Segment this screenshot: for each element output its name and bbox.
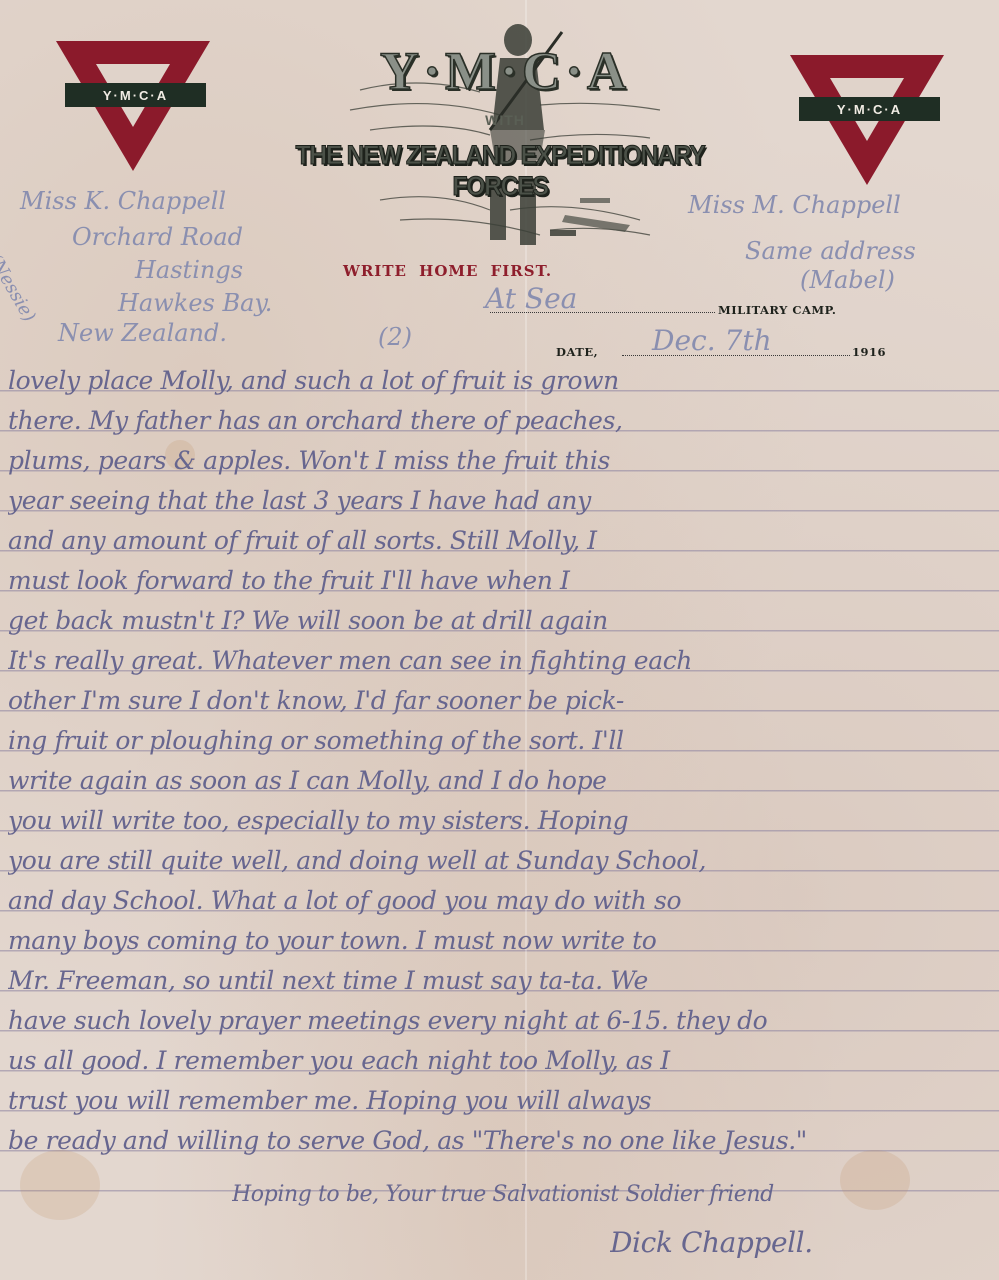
date-label: DATE, (556, 345, 598, 359)
letterhead-title: Y·M·C·A (340, 40, 670, 102)
body-line: and any amount of fruit of all sorts. St… (8, 526, 993, 555)
body-line: have such lovely prayer meetings every n… (8, 1006, 993, 1035)
recipient-name-left: Miss K. Chappell (20, 186, 226, 216)
recipient-address-right: Same address (745, 236, 916, 266)
body-line: you are still quite well, and doing well… (8, 846, 993, 875)
signature: Dick Chappell. (610, 1226, 990, 1259)
ymca-band: Y·M·C·A (65, 83, 206, 107)
body-line: year seeing that the last 3 years I have… (8, 486, 993, 515)
recipient-town-left: Hastings (135, 255, 243, 285)
letterhead-subtitle: THE NEW ZEALAND EXPEDITIONARY FORCES (261, 140, 739, 202)
body-line: trust you will remember me. Hoping you w… (8, 1086, 993, 1115)
military-camp-label: MILITARY CAMP. (718, 303, 836, 317)
location-handwritten: At Sea (485, 284, 577, 314)
body-line: other I'm sure I don't know, I'd far soo… (8, 686, 993, 715)
body-line: lovely place Molly, and such a lot of fr… (8, 366, 993, 395)
year-label: 1916 (852, 345, 886, 359)
recipient-region-left: Hawkes Bay. (118, 288, 272, 318)
body-line: many boys coming to your town. I must no… (8, 926, 993, 955)
body-line: there. My father has an orchard there of… (8, 406, 993, 435)
ymca-logo-left: Y·M·C·A (56, 41, 210, 171)
write-home-slogan: WRITE HOME FIRST. (343, 262, 552, 280)
nickname-nessie: (Nessie) (0, 250, 40, 326)
recipient-country-left: New Zealand. (58, 318, 227, 348)
recipient-street-left: Orchard Road (72, 222, 243, 252)
page-number: (2) (378, 322, 412, 352)
body-line: Mr. Freeman, so until next time I must s… (8, 966, 993, 995)
letter-page: Y·M·C·A Y·M·C·A (0, 0, 999, 1280)
letterhead-with: WITH (470, 112, 540, 128)
body-line: write again as soon as I can Molly, and … (8, 766, 993, 795)
body-line: plums, pears & apples. Won't I miss the … (8, 446, 993, 475)
recipient-name-right: Miss M. Chappell (688, 190, 901, 220)
ymca-band: Y·M·C·A (799, 97, 940, 121)
body-line: ing fruit or ploughing or something of t… (8, 726, 993, 755)
paper-stain (20, 1150, 100, 1220)
body-line: us all good. I remember you each night t… (8, 1046, 993, 1075)
ymca-logo-right: Y·M·C·A (790, 55, 944, 185)
nickname-mabel: (Mabel) (800, 265, 895, 295)
body-line: and day School. What a lot of good you m… (8, 886, 993, 915)
body-line: be ready and willing to serve God, as "T… (8, 1126, 993, 1155)
body-line: It's really great. Whatever men can see … (8, 646, 993, 675)
body-line: get back mustn't I? We will soon be at d… (8, 606, 993, 635)
closing-line: Hoping to be, Your true Salvationist Sol… (232, 1182, 992, 1207)
date-handwritten: Dec. 7th (652, 326, 772, 356)
body-line: must look forward to the fruit I'll have… (8, 566, 993, 595)
body-line: you will write too, especially to my sis… (8, 806, 993, 835)
